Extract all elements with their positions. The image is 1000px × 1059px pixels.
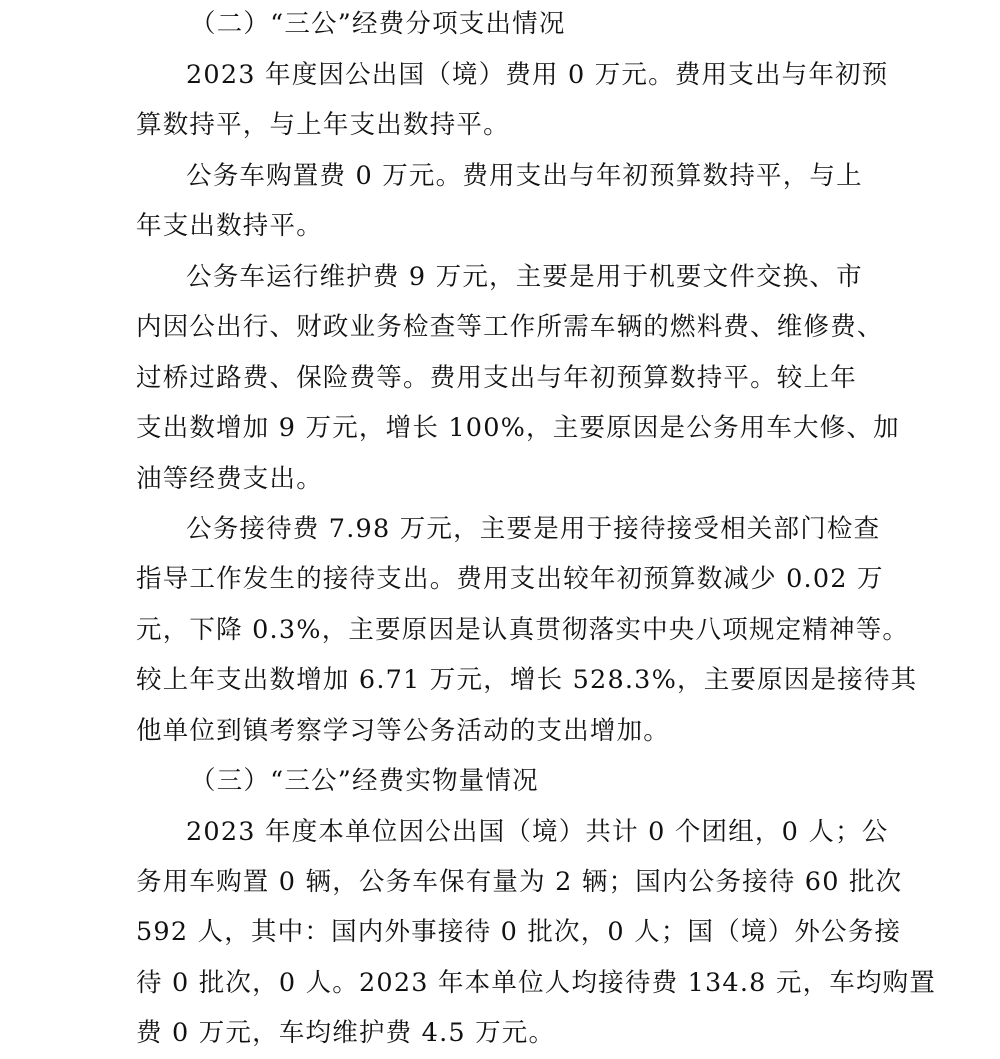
document-page: （二）“三公”经费分项支出情况 2023 年度因公出国（境）费用 0 万元。费用… xyxy=(0,0,1000,1059)
paragraph-line: 年支出数持平。 xyxy=(136,211,323,241)
paragraph-line: 2023 年度本单位因公出国（境）共计 0 个团组，0 人；公 xyxy=(186,817,888,847)
paragraph-line: 待 0 批次，0 人。2023 年本单位人均接待费 134.8 元，车均购置 xyxy=(136,968,936,998)
paragraph-line: 费 0 万元，车均维护费 4.5 万元。 xyxy=(136,1018,555,1048)
paragraph-line: 指导工作发生的接待支出。费用支出较年初预算数减少 0.02 万 xyxy=(136,564,884,594)
section-heading-physical-quantities: （三）“三公”经费实物量情况 xyxy=(190,766,539,796)
paragraph-line: 油等经费支出。 xyxy=(136,464,323,494)
paragraph-line: 公务接待费 7.98 万元，主要是用于接待接受相关部门检查 xyxy=(186,514,880,544)
paragraph-line: 较上年支出数增加 6.71 万元，增长 528.3%，主要原因是接待其 xyxy=(136,665,917,695)
paragraph-line: 支出数增加 9 万元，增长 100%，主要原因是公务用车大修、加 xyxy=(136,413,900,443)
paragraph-line: 算数持平，与上年支出数持平。 xyxy=(136,110,510,140)
paragraph-line: 元，下降 0.3%，主要原因是认真贯彻落实中央八项规定精神等。 xyxy=(136,615,909,645)
paragraph-line: 公务车购置费 0 万元。费用支出与年初预算数持平，与上 xyxy=(186,161,863,191)
paragraph-line: 务用车购置 0 辆，公务车保有量为 2 辆；国内公务接待 60 批次 xyxy=(136,867,902,897)
paragraph-line: 592 人，其中：国内外事接待 0 批次，0 人；国（境）外公务接 xyxy=(136,917,901,947)
section-heading-itemized-expenses: （二）“三公”经费分项支出情况 xyxy=(190,9,566,39)
paragraph-line: 2023 年度因公出国（境）费用 0 万元。费用支出与年初预 xyxy=(186,60,888,90)
paragraph-line: 公务车运行维护费 9 万元，主要是用于机要文件交换、市 xyxy=(186,262,863,292)
paragraph-line: 过桥过路费、保险费等。费用支出与年初预算数持平。较上年 xyxy=(136,363,857,393)
paragraph-line: 内因公出行、财政业务检查等工作所需车辆的燃料费、维修费、 xyxy=(136,312,884,342)
paragraph-line: 他单位到镇考察学习等公务活动的支出增加。 xyxy=(136,716,670,746)
